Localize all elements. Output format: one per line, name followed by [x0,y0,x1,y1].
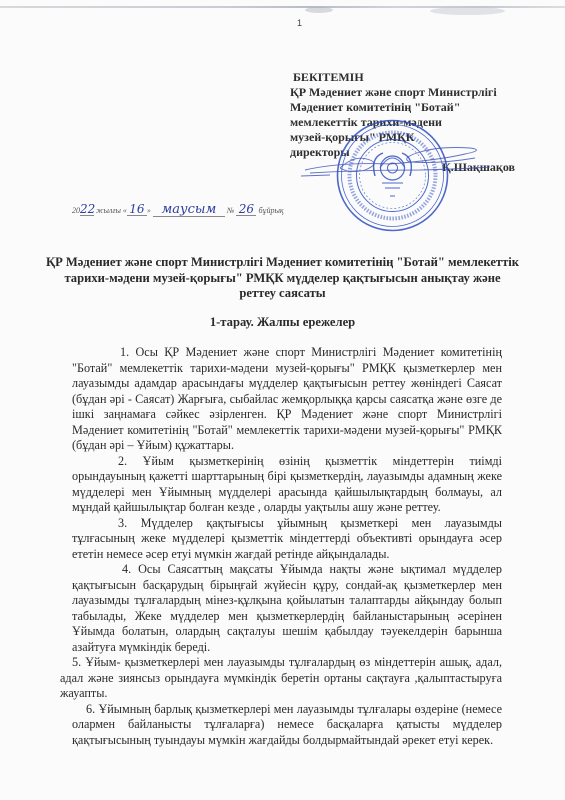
order-year-prefix: 20 [72,206,80,215]
page-number: 1 [297,18,302,28]
scan-smudge [430,7,505,15]
approval-line: ҚР Мәдениет және спорт Министрлігі [290,85,497,100]
paragraph-5: 5. Ұйым- қызметкерлері мен лауазымды тұл… [60,655,502,702]
scan-smudge [305,7,333,13]
paragraph-6: 6. Ұйымның барлық қызметкерлері мен лауа… [72,702,502,749]
approval-line: Мәдениет комитетінің "Ботай" [290,100,497,115]
document-body: 1. Осы ҚР Мәдениет және спорт Министрліг… [72,345,502,748]
approval-heading: БЕКІТЕМІН [293,70,497,85]
paragraph-3: 3. Мүдделер қақтығысы ұйымның қызметкері… [72,516,502,563]
order-day-handwritten: 16 [127,203,147,216]
paragraph-1: 1. Осы ҚР Мәдениет және спорт Министрліг… [72,345,502,454]
order-day-close: » [147,206,151,215]
order-year-label: жылғы « [96,206,127,215]
order-label: бұйрық [258,206,283,215]
paragraph-2: 2. Ұйым қызметкерінің өзінің қызметтік м… [72,454,502,516]
order-number-handwritten: 26 [236,203,256,216]
order-reference-line: 2022 жылғы «16» маусым № 26 бұйрық [72,203,284,217]
chapter-heading: 1-тарау. Жалпы ережелер [45,315,520,330]
document-title: ҚР Мәдениет және спорт Министрлігі Мәден… [45,255,520,302]
paragraph-4: 4. Осы Саясаттың мақсаты Ұйымда нақты жә… [72,562,502,655]
order-month-handwritten: маусым [153,204,225,217]
signature-scribble [300,140,500,180]
order-number-label: № [227,206,235,215]
order-year-handwritten: 22 [80,203,94,216]
